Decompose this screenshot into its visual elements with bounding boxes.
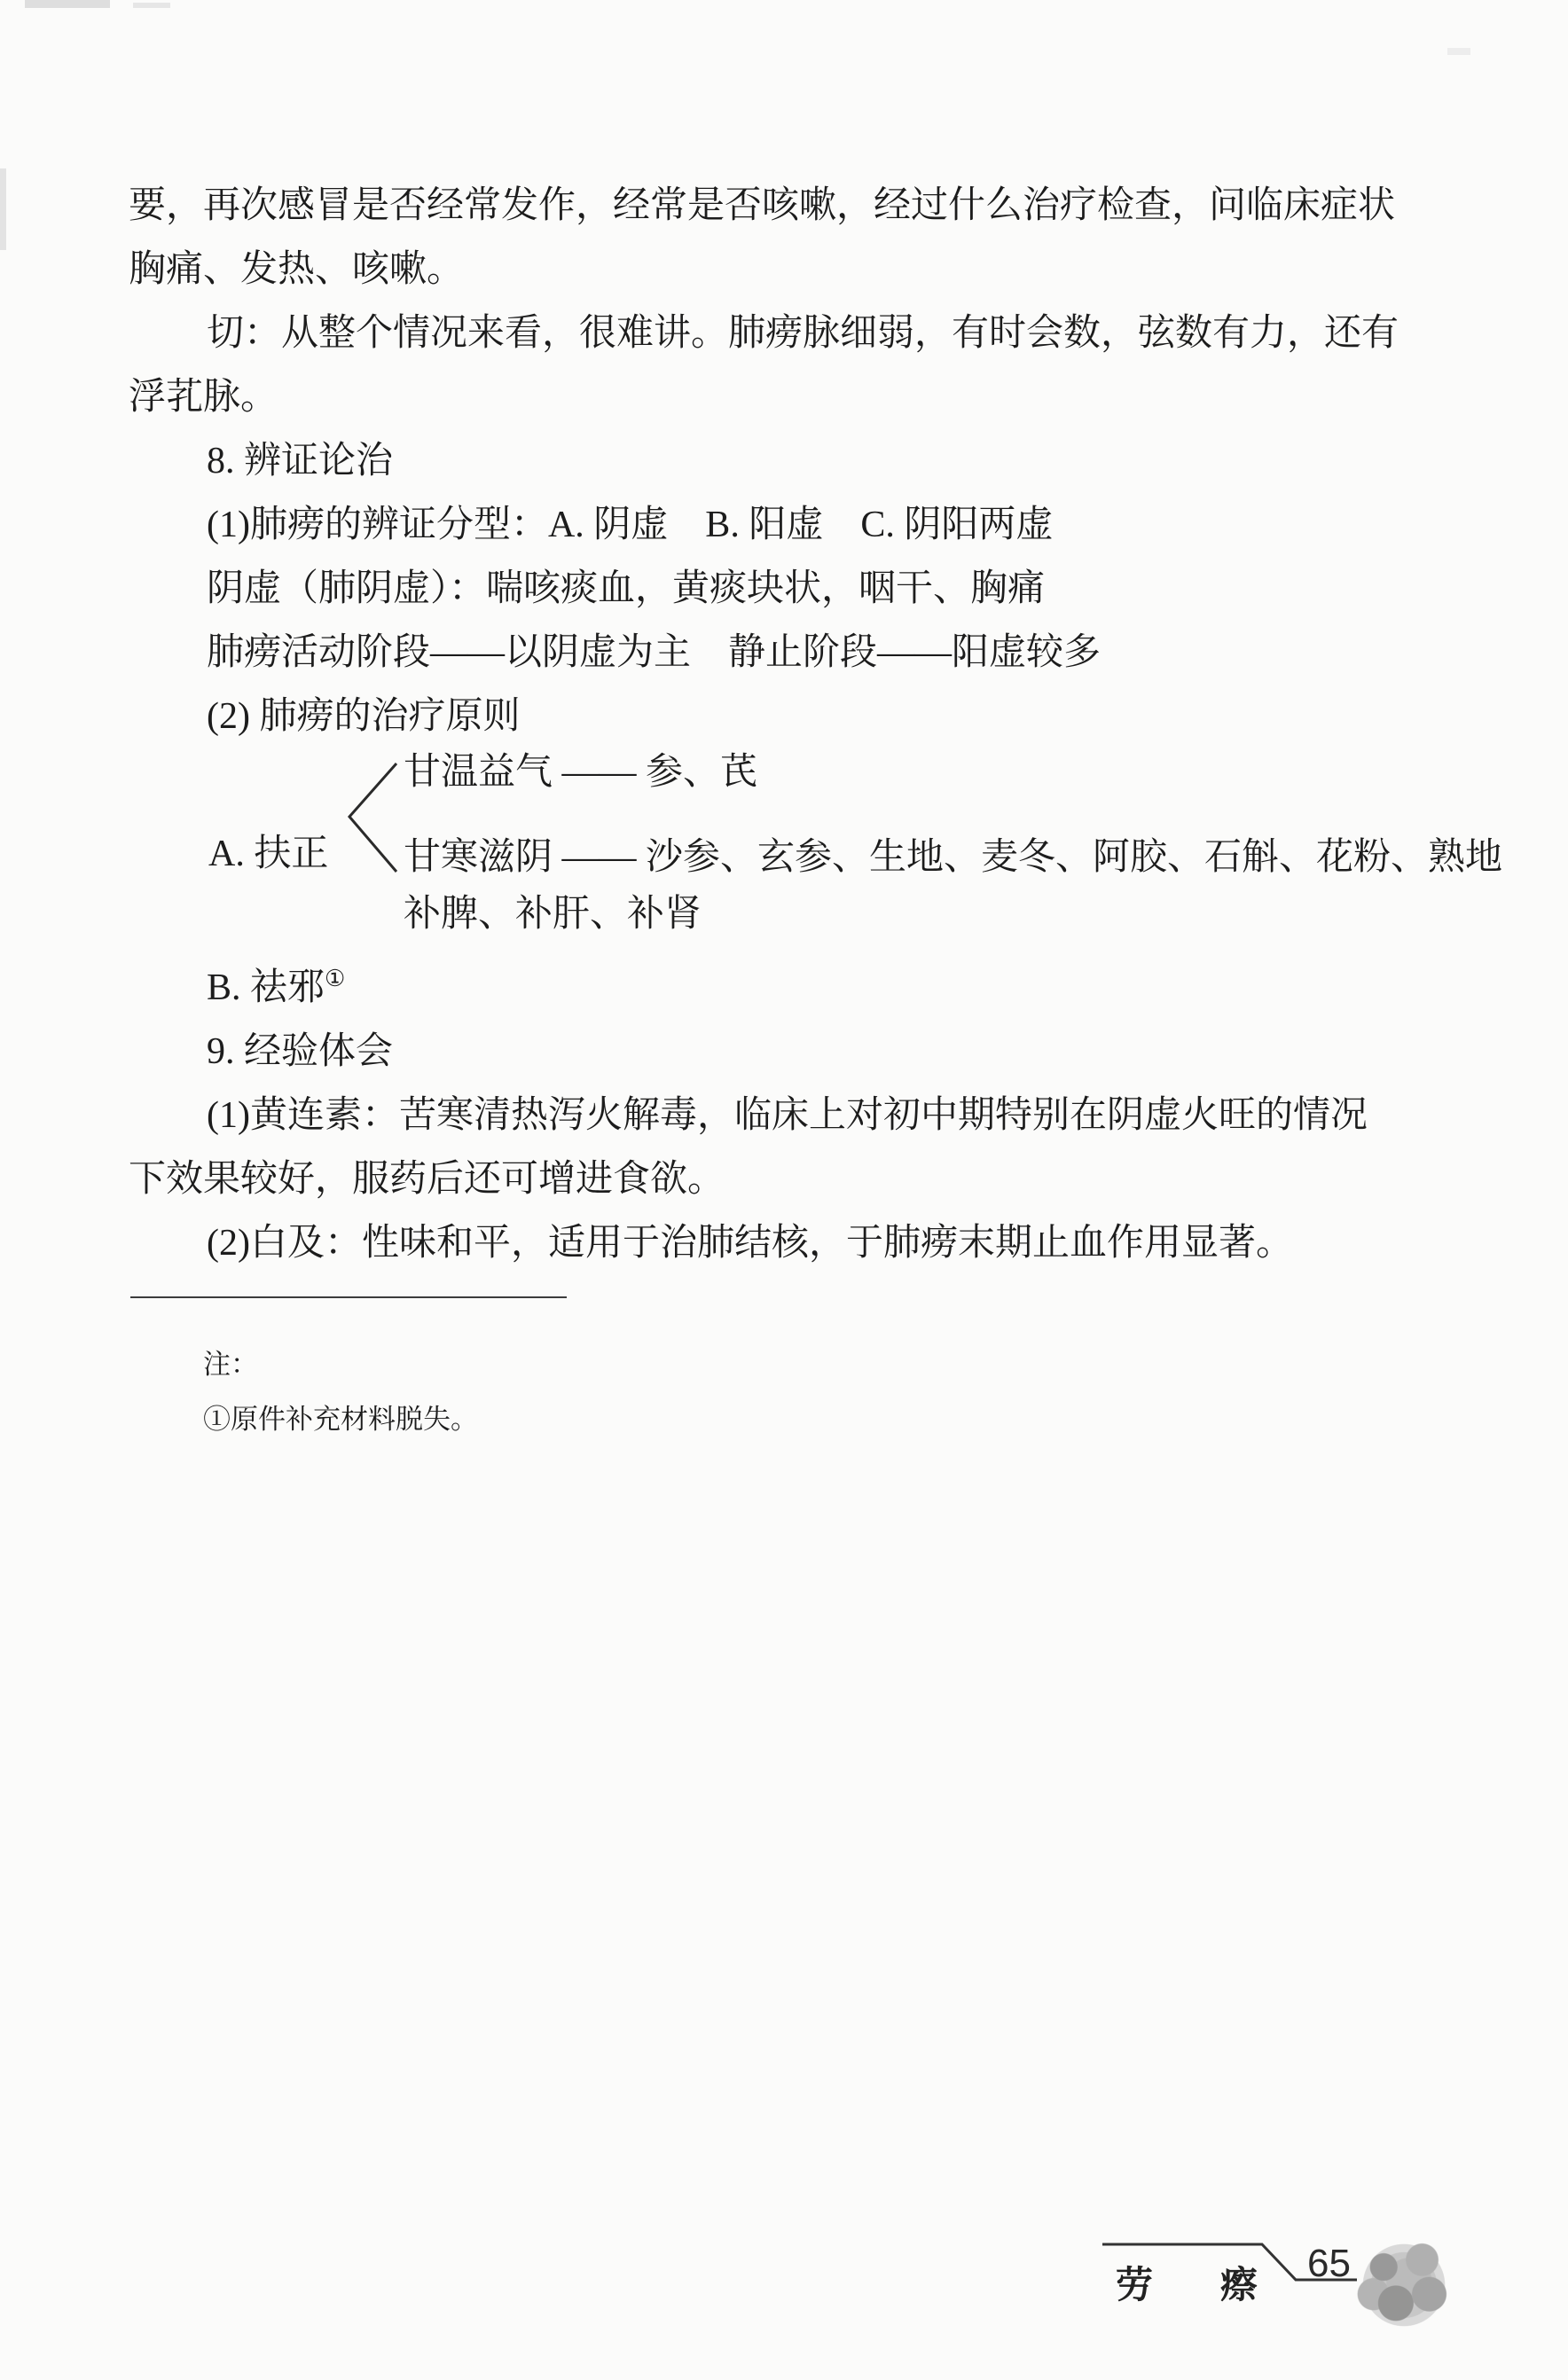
text-line: (1)黄连素：苦寒清热泻火解毒，临床上对初中期特别在阴虚火旺的情况 xyxy=(129,1084,1486,1147)
diagram-branch-top: 甘温益气 —— 参、芪 xyxy=(404,752,757,793)
footnote-label: 注： xyxy=(203,1337,1486,1392)
footnote-block: 注： ①原件补充材料脱失。 xyxy=(129,1337,1486,1447)
text-line: 阴虚（肺阴虚）：喘咳痰血，黄痰块状，咽干、胸痛 xyxy=(129,557,1486,621)
text-line: 浮芤脉。 xyxy=(129,365,1486,429)
stamp-image xyxy=(1353,2240,1454,2330)
text-line: (1)肺痨的辨证分型：A. 阴虚 B. 阳虚 C. 阴阳两虚 xyxy=(129,493,1486,557)
text-line: 下效果较好，服药后还可增进食欲。 xyxy=(129,1147,1486,1211)
footer-section-label-right: 瘵 xyxy=(1220,2256,1258,2309)
brace-icon xyxy=(345,761,400,874)
scan-artifact xyxy=(1447,48,1470,55)
footnote-item: ①原件补充材料脱失。 xyxy=(203,1392,1486,1447)
text-line: 切：从整个情况来看，很难讲。肺痨脉细弱，有时会数，弦数有力，还有 xyxy=(129,301,1486,365)
text-line-main: B. 祛邪 xyxy=(207,967,325,1008)
scanned-page: { "document": { "lines": [ { "text": "要，… xyxy=(0,0,1568,2380)
diagram-label: A. 扶正 xyxy=(208,834,328,874)
section-heading: 9. 经验体会 xyxy=(129,1020,1486,1084)
footnote-reference: ① xyxy=(325,966,345,991)
footnote-divider xyxy=(130,1296,567,1298)
scan-artifact xyxy=(0,168,6,250)
scan-artifact xyxy=(25,0,110,8)
text-line: 肺痨活动阶段——以阴虚为主 静止阶段——阳虚较多 xyxy=(129,621,1486,685)
text-line: (2) 肺痨的治疗原则 xyxy=(129,685,1486,748)
scan-artifact xyxy=(133,3,170,8)
section-heading: 8. 辨证论治 xyxy=(129,429,1486,493)
treatment-principle-diagram: A. 扶正 甘温益气 —— 参、芪 甘寒滋阴 —— 沙参、玄参、生地、麦冬、阿胶… xyxy=(129,748,1486,956)
text-line: 要，再次感冒是否经常发作，经常是否咳嗽，经过什么治疗检查，问临床症状 xyxy=(129,174,1486,238)
text-line: B. 祛邪① xyxy=(129,956,1486,1020)
text-line: (2)白及：性味和平，适用于治肺结核，于肺痨末期止血作用显著。 xyxy=(129,1211,1486,1275)
text-line: 胸痛、发热、咳嗽。 xyxy=(129,238,1486,301)
page-body: 要，再次感冒是否经常发作，经常是否咳嗽，经过什么治疗检查，问临床症状 胸痛、发热… xyxy=(129,174,1486,1447)
diagram-branch-bottom: 甘寒滋阴 —— 沙参、玄参、生地、麦冬、阿胶、石斛、花粉、熟地 xyxy=(404,837,1502,878)
page-number: 65 xyxy=(1307,2242,1351,2286)
footer-section-label-left: 劳 xyxy=(1116,2256,1153,2309)
diagram-branch-continuation: 补脾、补肝、补肾 xyxy=(404,894,702,935)
